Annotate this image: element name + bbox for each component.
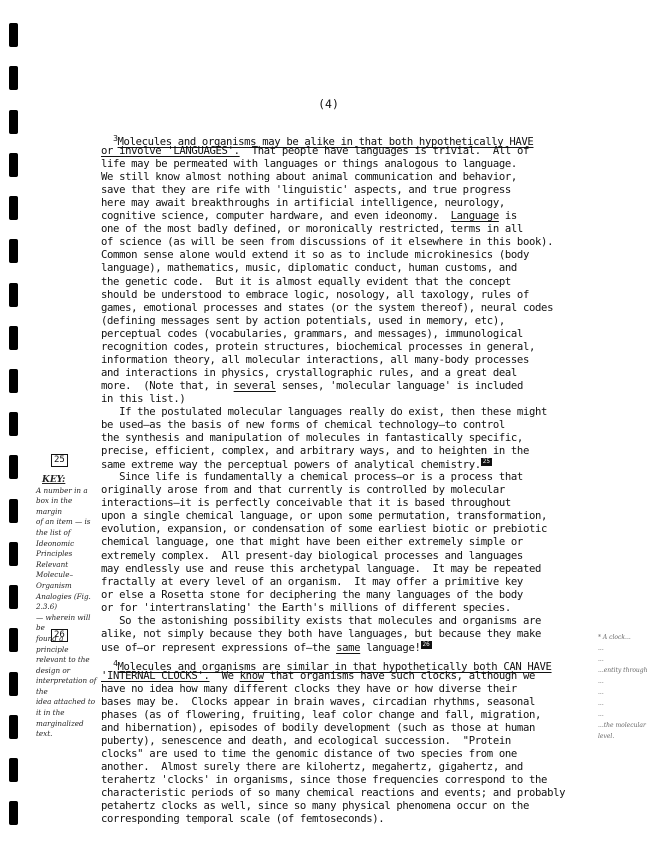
text-line: Since life is fundamentally a chemical p… <box>101 471 601 484</box>
text-run: phases (as of flowering, fruiting, leaf … <box>101 709 541 721</box>
text-run: So the astonishing possibility exists th… <box>101 615 541 627</box>
text-line: or for 'intertranslating' the Earth's mi… <box>101 602 601 615</box>
text-run: corresponding temporal scale (of femtose… <box>101 813 384 825</box>
binder-mark <box>9 66 18 90</box>
text-run: Since life is fundamentally a chemical p… <box>101 471 523 483</box>
page-number: (4) <box>0 97 657 111</box>
handwritten-line: interpretation of the <box>36 676 98 697</box>
binder-mark <box>9 499 18 523</box>
text-run: same extreme way the perceptual powers o… <box>101 459 481 471</box>
text-run: bases may be. Clocks appear in brain wav… <box>101 696 535 708</box>
text-line: one of the most badly defined, or moroni… <box>101 223 601 236</box>
text-line: phases (as of flowering, fruiting, leaf … <box>101 709 601 722</box>
underlined-text: or involve 'LANGUAGES'. <box>101 145 240 157</box>
principle-reference-box: 26 <box>421 641 432 649</box>
text-line: petahertz clocks as well, since so many … <box>101 800 601 813</box>
handwritten-line: ... <box>598 698 656 709</box>
underlined-text: know <box>240 670 264 682</box>
text-run: language), mathematics, music, diplomati… <box>101 262 517 274</box>
text-line: chemical language, one that might have b… <box>101 536 601 549</box>
text-line: and interactions in physics, crystallogr… <box>101 367 601 380</box>
binder-mark <box>9 412 18 436</box>
text-line: Common sense alone would extend it so as… <box>101 249 601 262</box>
text-line: characteristic periods of so many chemic… <box>101 787 601 800</box>
text-line: have no idea how many different clocks t… <box>101 683 601 696</box>
text-line: life may be permeated with languages or … <box>101 158 601 171</box>
text-run: alike, not simply because they both have… <box>101 628 541 640</box>
binder-mark <box>9 672 18 696</box>
text-run: language! <box>360 642 420 654</box>
underlined-text: Language <box>451 210 499 222</box>
text-line: 'INTERNAL CLOCKS'. We know that organism… <box>101 670 601 683</box>
handwritten-line: marginalized text. <box>36 719 98 740</box>
text-run: and interactions in physics, crystallogr… <box>101 367 517 379</box>
text-line: alike, not simply because they both have… <box>101 628 601 641</box>
text-run: cognitive science, computer hardware, an… <box>101 210 451 222</box>
text-run: life may be permeated with languages or … <box>101 158 517 170</box>
handwritten-line: ... <box>598 676 656 687</box>
text-run: perceptual codes (vocabularies, grammars… <box>101 328 523 340</box>
text-run: petahertz clocks as well, since so many … <box>101 800 529 812</box>
handwritten-line: ... <box>598 654 656 665</box>
text-line: games, emotional processes and states (o… <box>101 302 601 315</box>
handwritten-line: level. <box>598 731 656 742</box>
text-run: (defining messages sent by action potent… <box>101 315 505 327</box>
text-run: games, emotional processes and states (o… <box>101 302 553 314</box>
text-run: in this list.) <box>101 393 185 405</box>
text-line: information theory, all molecular intera… <box>101 354 601 367</box>
text-run: information theory, all molecular intera… <box>101 354 529 366</box>
text-line: extremely complex. All present-day biolo… <box>101 550 601 563</box>
text-run: originally arose from and that currently… <box>101 484 505 496</box>
text-line: here may await breakthroughs in artifici… <box>101 197 601 210</box>
text-run: the synthesis and manipulation of molecu… <box>101 432 523 444</box>
handwritten-key-note: KEY: A number in abox in the marginof an… <box>36 475 98 740</box>
text-run: and hibernation), episodes of bodily dev… <box>101 722 535 734</box>
text-line: use of—or represent expressions of—the s… <box>101 641 601 654</box>
text-run: clocks" are used to time the genomic dis… <box>101 748 517 760</box>
text-run: chemical language, one that might have b… <box>101 536 523 548</box>
binder-mark <box>9 153 18 177</box>
text-run: is <box>499 210 517 222</box>
text-line: We still know almost nothing about anima… <box>101 171 601 184</box>
binder-mark <box>9 455 18 479</box>
handwritten-key-heading: KEY: <box>42 475 98 486</box>
binder-mark <box>9 542 18 566</box>
text-run: We still know almost nothing about anima… <box>101 171 517 183</box>
text-run: senses, 'molecular language' is included <box>276 380 523 392</box>
handwritten-line: ... <box>598 643 656 654</box>
binder-mark <box>9 369 18 393</box>
handwritten-line: ... <box>598 687 656 698</box>
text-line: or involve 'LANGUAGES'. That people have… <box>101 145 601 158</box>
text-line: interactions—it is perfectly conceivable… <box>101 497 601 510</box>
body-text: 3Molecules and organisms may be alike in… <box>101 132 601 826</box>
text-run: of science (as will be seen from discuss… <box>101 236 553 248</box>
text-line: more. (Note that, in several senses, 'mo… <box>101 380 601 393</box>
text-run: puberty), senescence and death, and ecol… <box>101 735 511 747</box>
text-line: another. Almost surely there are kiloher… <box>101 761 601 774</box>
text-line: be used—as the basis of new forms of che… <box>101 419 601 432</box>
text-run: one of the most badly defined, or moroni… <box>101 223 523 235</box>
text-run: recognition codes, protein structures, b… <box>101 341 535 353</box>
text-line: or else a Rosetta stone for deciphering … <box>101 589 601 602</box>
text-line: the synthesis and manipulation of molecu… <box>101 432 601 445</box>
text-run: That people have languages is trivial. A… <box>240 145 529 157</box>
text-run: upon a single chemical language, or upon… <box>101 510 547 522</box>
text-line: puberty), senescence and death, and ecol… <box>101 735 601 748</box>
handwritten-line: — wherein will be <box>36 613 98 634</box>
text-line: fractally at every level of an organism.… <box>101 576 601 589</box>
text-run: use of—or represent expressions of—the <box>101 642 336 654</box>
text-run: more. (Note that, in <box>101 380 234 392</box>
text-line: save that they are rife with 'linguistic… <box>101 184 601 197</box>
text-line: the genetic code. But it is almost equal… <box>101 276 601 289</box>
binder-mark <box>9 283 18 307</box>
text-line: So the astonishing possibility exists th… <box>101 615 601 628</box>
handwritten-line: * A clock... <box>598 632 656 643</box>
text-run: the genetic code. But it is almost equal… <box>101 276 511 288</box>
text-run: precise, efficient, complex, and arbitra… <box>101 445 529 457</box>
text-line: If the postulated molecular languages re… <box>101 406 601 419</box>
text-run: extremely complex. All present-day biolo… <box>101 550 523 562</box>
text-line: corresponding temporal scale (of femtose… <box>101 813 601 826</box>
text-line: same extreme way the perceptual powers o… <box>101 458 601 471</box>
binder-mark <box>9 110 18 134</box>
text-run: may endlessly use and reuse this archety… <box>101 563 541 575</box>
text-run: should be understood to embrace logic, n… <box>101 289 529 301</box>
handwritten-line: found a principle <box>36 634 98 655</box>
text-line: (defining messages sent by action potent… <box>101 315 601 328</box>
text-line: originally arose from and that currently… <box>101 484 601 497</box>
handwritten-line: box in the margin <box>36 496 98 517</box>
handwritten-line: relevant to the design or <box>36 655 98 676</box>
text-line: clocks" are used to time the genomic dis… <box>101 748 601 761</box>
handwritten-line: of an item — is <box>36 517 98 528</box>
handwritten-line: A number in a <box>36 486 98 497</box>
handwritten-line: Analogies (Fig. 2.3.6) <box>36 592 98 613</box>
handwritten-line: Principles Relevant <box>36 549 98 570</box>
text-line: in this list.) <box>101 393 601 406</box>
text-run: or else a Rosetta stone for deciphering … <box>101 589 523 601</box>
text-run: another. Almost surely there are kiloher… <box>101 761 523 773</box>
handwritten-right-margin-note: * A clock............entity through.....… <box>598 632 656 742</box>
text-run: evolution, expansion, or condensation of… <box>101 523 547 535</box>
text-run: have no idea how many different clocks t… <box>101 683 517 695</box>
underlined-text: same <box>336 642 360 654</box>
handwritten-right-lines: * A clock............entity through.....… <box>598 632 656 742</box>
text-line: of science (as will be seen from discuss… <box>101 236 601 249</box>
text-line: 4Molecules and organisms are similar in … <box>101 657 601 670</box>
handwritten-key-lines: A number in abox in the marginof an item… <box>36 486 98 740</box>
handwritten-line: ...the molecular <box>598 720 656 731</box>
text-run: Common sense alone would extend it so as… <box>101 249 529 261</box>
text-line: evolution, expansion, or condensation of… <box>101 523 601 536</box>
handwritten-line: Molecule–Organism <box>36 570 98 591</box>
text-run: characteristic periods of so many chemic… <box>101 787 565 799</box>
text-run: be used—as the basis of new forms of che… <box>101 419 505 431</box>
text-line: and hibernation), episodes of bodily dev… <box>101 722 601 735</box>
binder-mark <box>9 758 18 782</box>
text-run: We <box>210 670 240 682</box>
handwritten-line: ...entity through <box>598 665 656 676</box>
text-run: here may await breakthroughs in artifici… <box>101 197 505 209</box>
text-run: fractally at every level of an organism.… <box>101 576 523 588</box>
text-line: may endlessly use and reuse this archety… <box>101 563 601 576</box>
text-line: recognition codes, protein structures, b… <box>101 341 601 354</box>
handwritten-line: idea attached to it in the <box>36 697 98 718</box>
binder-mark <box>9 715 18 739</box>
text-run: that organisms have such clocks, althoug… <box>264 670 535 682</box>
binder-mark <box>9 628 18 652</box>
text-line: perceptual codes (vocabularies, grammars… <box>101 328 601 341</box>
binder-mark <box>9 585 18 609</box>
document-page: (4) 25 26 KEY: A number in abox in the m… <box>0 0 657 850</box>
binder-mark <box>9 23 18 47</box>
text-line: precise, efficient, complex, and arbitra… <box>101 445 601 458</box>
handwritten-line: ... <box>598 709 656 720</box>
text-run: terahertz 'clocks' in organisms, since t… <box>101 774 547 786</box>
text-line: bases may be. Clocks appear in brain wav… <box>101 696 601 709</box>
text-line: upon a single chemical language, or upon… <box>101 510 601 523</box>
text-run: If the postulated molecular languages re… <box>101 406 547 418</box>
text-run: save that they are rife with 'linguistic… <box>101 184 511 196</box>
text-run: interactions—it is perfectly conceivable… <box>101 497 511 509</box>
binder-mark <box>9 239 18 263</box>
handwritten-line: the list of Ideonomic <box>36 528 98 549</box>
binder-mark <box>9 801 18 825</box>
text-line: cognitive science, computer hardware, an… <box>101 210 601 223</box>
underlined-text: several <box>234 380 276 392</box>
text-line: should be understood to embrace logic, n… <box>101 289 601 302</box>
text-line: language), mathematics, music, diplomati… <box>101 262 601 275</box>
principle-reference-box: 25 <box>481 458 492 466</box>
margin-principle-box-25: 25 <box>51 454 68 467</box>
text-line: terahertz 'clocks' in organisms, since t… <box>101 774 601 787</box>
binder-mark <box>9 326 18 350</box>
text-run: or for 'intertranslating' the Earth's mi… <box>101 602 511 614</box>
binder-mark <box>9 196 18 220</box>
underlined-text: 'INTERNAL CLOCKS'. <box>101 670 210 682</box>
text-line: 3Molecules and organisms may be alike in… <box>101 132 601 145</box>
